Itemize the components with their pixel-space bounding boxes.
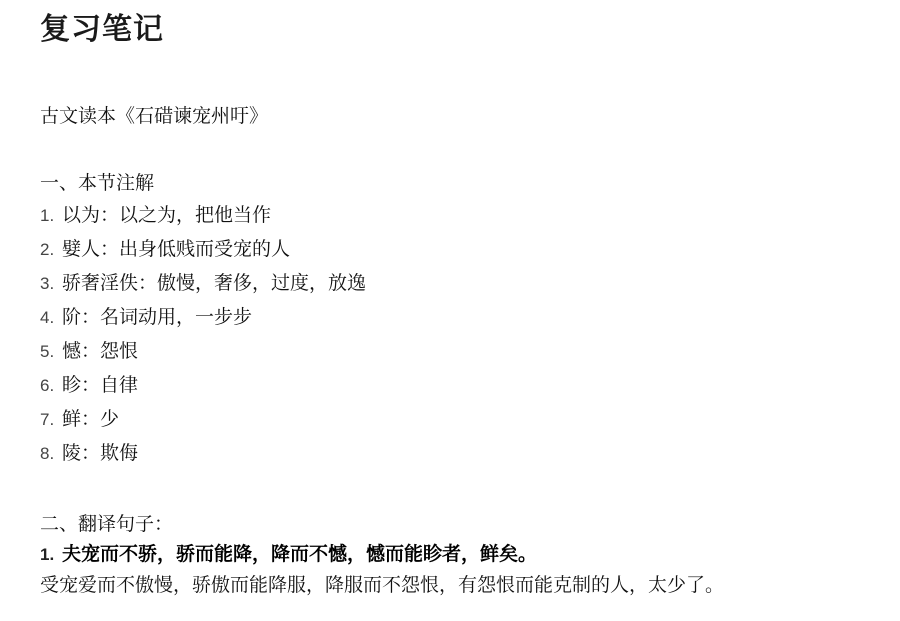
section-translation: 二、翻译句子： 1.夫宠而不骄，骄而能降，降而不憾，憾而能眕者，鲜矣。 受宠爱而… <box>40 509 724 600</box>
note-definition: 怨恨 <box>100 340 138 362</box>
page-title: 复习笔记 <box>40 10 164 50</box>
note-separator: ： <box>100 204 119 226</box>
item-number: 1. <box>40 540 62 570</box>
item-number: 1. <box>40 199 62 233</box>
note-term: 憾 <box>62 340 81 362</box>
item-number: 3. <box>40 267 62 301</box>
translation-sentence: 受宠爱而不傲慢，骄傲而能降服，降服而不怨恨，有怨恨而能克制的人，太少了。 <box>40 570 724 600</box>
item-number: 4. <box>40 301 62 335</box>
item-number: 8. <box>40 437 62 471</box>
note-separator: ： <box>81 340 100 362</box>
note-term: 鲜 <box>62 408 81 430</box>
note-term: 陵 <box>62 442 81 464</box>
list-item: 3.骄奢淫佚：傲慢，奢侈，过度，放逸 <box>40 266 366 300</box>
note-definition: 欺侮 <box>100 442 138 464</box>
annotation-list: 1.以为：以之为，把他当作 2.嬖人：出身低贱而受宠的人 3.骄奢淫佚：傲慢，奢… <box>40 198 366 470</box>
note-term: 骄奢淫佚 <box>62 272 138 294</box>
item-number: 7. <box>40 403 62 437</box>
note-separator: ： <box>138 272 157 294</box>
section-heading-translation: 二、翻译句子： <box>40 509 724 539</box>
note-definition: 出身低贱而受宠的人 <box>119 238 290 260</box>
note-separator: ： <box>81 374 100 396</box>
list-item: 5.憾：怨恨 <box>40 334 366 368</box>
original-text: 夫宠而不骄，骄而能降，降而不憾，憾而能眕者，鲜矣。 <box>62 543 537 565</box>
note-definition: 名词动用，一步步 <box>100 306 252 328</box>
note-definition: 以之为，把他当作 <box>119 204 271 226</box>
note-term: 以为 <box>62 204 100 226</box>
note-term: 眕 <box>62 374 81 396</box>
note-term: 嬖人 <box>62 238 100 260</box>
note-definition: 傲慢，奢侈，过度，放逸 <box>157 272 366 294</box>
list-item: 6.眕：自律 <box>40 368 366 402</box>
list-item: 2.嬖人：出身低贱而受宠的人 <box>40 232 366 266</box>
note-definition: 少 <box>100 408 119 430</box>
source-text: 古文读本《石碏谏宠州吁》 <box>40 101 268 131</box>
note-term: 阶 <box>62 306 81 328</box>
note-separator: ： <box>81 442 100 464</box>
list-item: 8.陵：欺侮 <box>40 436 366 470</box>
list-item: 7.鲜：少 <box>40 402 366 436</box>
note-definition: 自律 <box>100 374 138 396</box>
item-number: 6. <box>40 369 62 403</box>
section-heading-annotations: 一、本节注解 <box>40 168 366 198</box>
item-number: 2. <box>40 233 62 267</box>
section-annotations: 一、本节注解 1.以为：以之为，把他当作 2.嬖人：出身低贱而受宠的人 3.骄奢… <box>40 168 366 470</box>
list-item: 1.以为：以之为，把他当作 <box>40 198 366 232</box>
note-separator: ： <box>81 306 100 328</box>
original-sentence: 1.夫宠而不骄，骄而能降，降而不憾，憾而能眕者，鲜矣。 <box>40 539 724 570</box>
note-separator: ： <box>81 408 100 430</box>
list-item: 4.阶：名词动用，一步步 <box>40 300 366 334</box>
item-number: 5. <box>40 335 62 369</box>
note-separator: ： <box>100 238 119 260</box>
